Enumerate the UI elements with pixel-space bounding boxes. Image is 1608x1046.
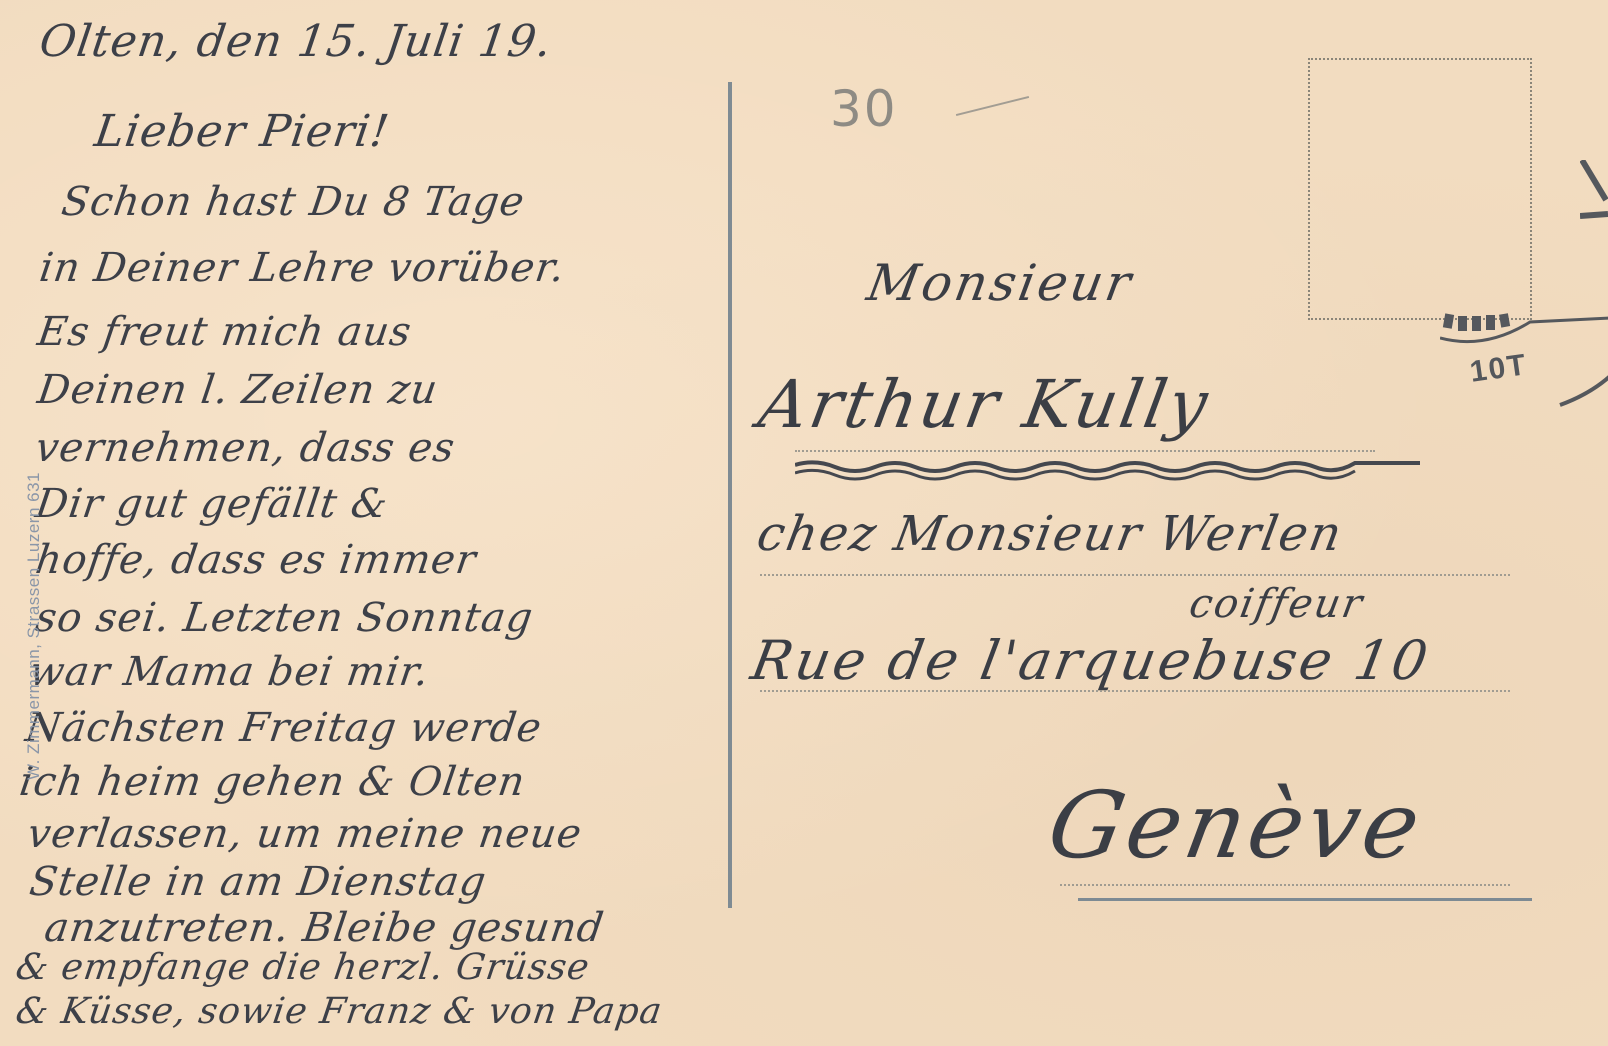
address-dotted-line	[760, 690, 1510, 692]
message-line: Stelle in am Dienstag	[27, 862, 489, 902]
pencil-dash-mark	[956, 96, 1029, 116]
stamp-placeholder-box	[1308, 58, 1532, 320]
pencil-number-mark: 30	[830, 80, 898, 138]
message-line: Es freut mich aus	[35, 312, 414, 352]
message-signature-line: & Küsse, sowie Franz & von Papa	[13, 994, 664, 1030]
message-line: in Deiner Lehre vorüber.	[37, 248, 567, 288]
center-divider-line	[728, 82, 732, 908]
message-date-line: Olten, den 15. Juli 19.	[37, 20, 555, 64]
message-line: so sei. Letzten Sonntag	[33, 598, 536, 638]
address-dotted-line	[1060, 884, 1510, 886]
message-line: ich heim gehen & Olten	[17, 762, 528, 802]
message-line: Deinen l. Zeilen zu	[35, 370, 440, 410]
address-salutation: Monsieur	[864, 258, 1138, 308]
message-line: Dir gut gefällt &	[33, 484, 390, 524]
publisher-imprint: W. Zimmermann, Strassen Luzern 631	[24, 472, 44, 780]
address-dotted-line	[795, 450, 1375, 452]
message-line: & empfange die herzl. Grüsse	[13, 950, 592, 986]
message-line: Nächsten Freitag werde	[23, 708, 544, 748]
message-line: Schon hast Du 8 Tage	[59, 182, 527, 222]
address-care-of: chez Monsieur Werlen	[754, 510, 1347, 558]
postcard-back: Olten, den 15. Juli 19. Lieber Pieri! Sc…	[0, 0, 1608, 1046]
message-line: hoffe, dass es immer	[33, 540, 479, 580]
address-occupation: coiffeur	[1186, 584, 1367, 624]
message-line: anzutreten. Bleibe gesund	[42, 908, 606, 948]
address-street: Rue de l'arquebuse 10	[747, 634, 1434, 688]
name-underline-flourish	[795, 455, 1420, 485]
message-line: verlassen, um meine neue	[25, 814, 584, 854]
address-city: Genève	[1042, 780, 1430, 872]
cancellation-mark-icon	[1580, 160, 1608, 240]
message-line: vernehmen, dass es	[33, 428, 457, 468]
address-recipient-name: Arthur Kully	[754, 372, 1215, 438]
address-dotted-line	[760, 574, 1510, 576]
address-city-rule	[1078, 898, 1532, 901]
message-greeting: Lieber Pieri!	[92, 110, 392, 154]
message-line: war Mama bei mir.	[27, 652, 432, 692]
